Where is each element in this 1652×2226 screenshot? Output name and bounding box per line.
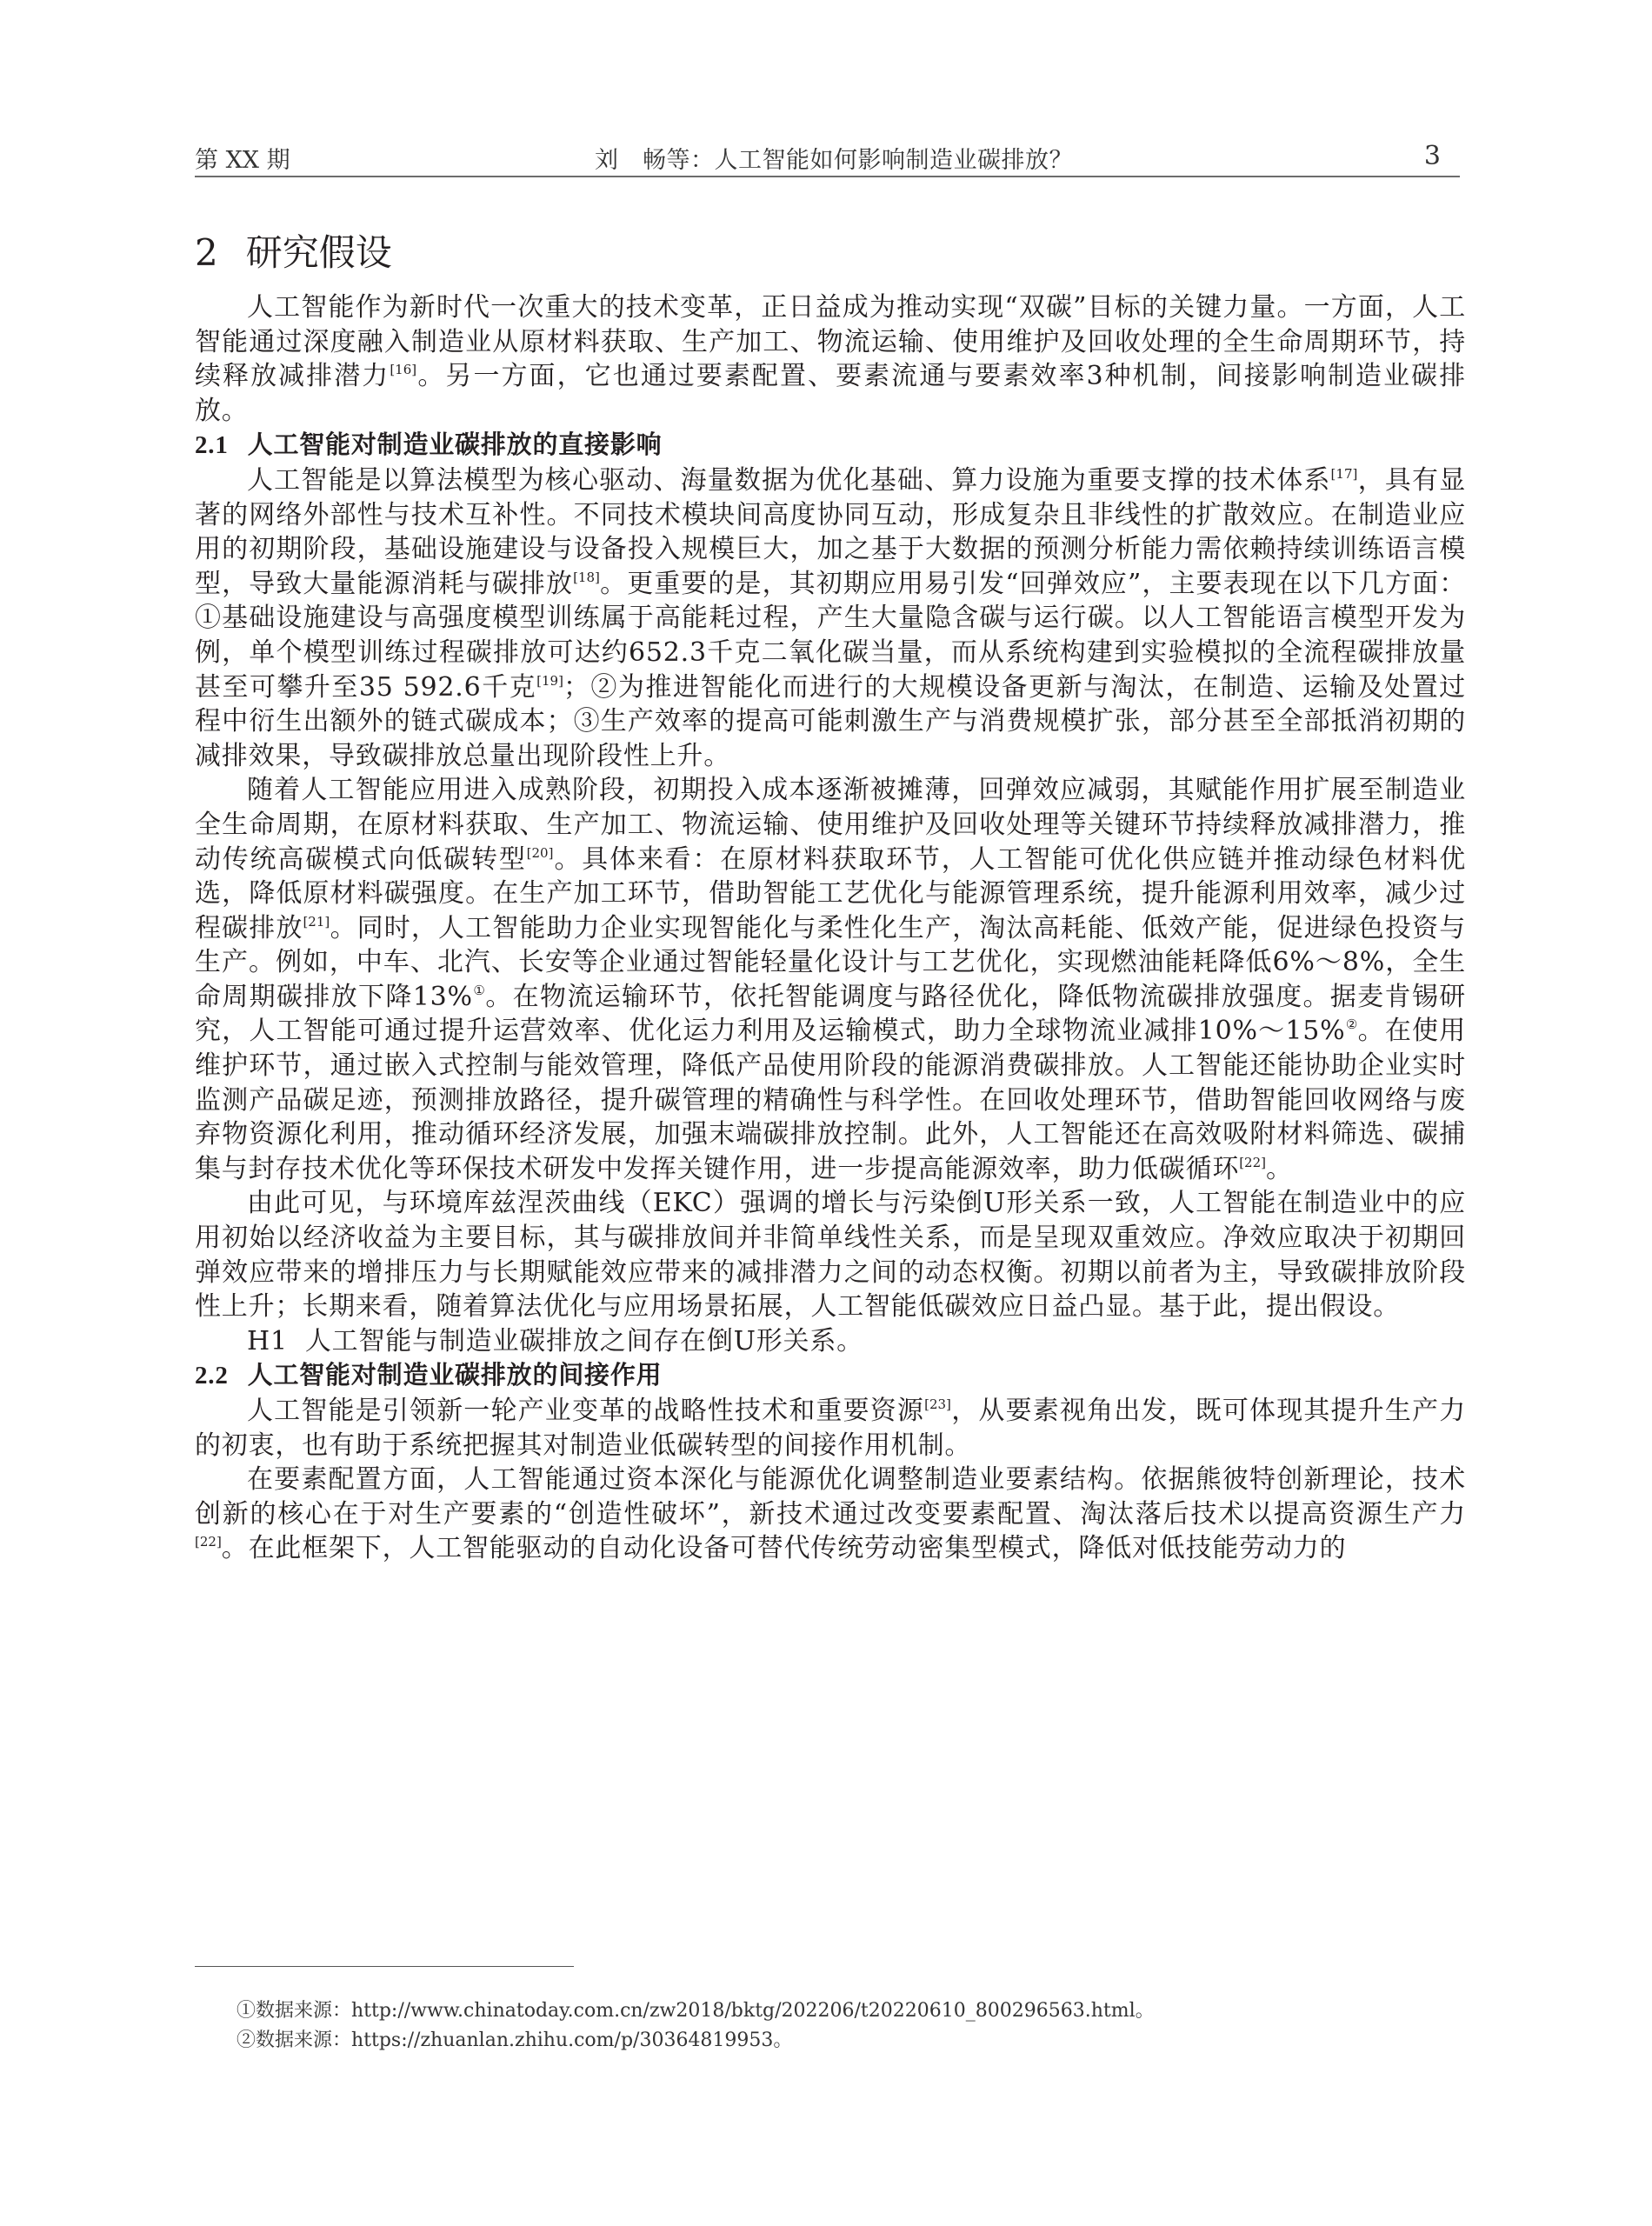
- paragraph-direct-effect-3: 由此可见，与环境库兹涅茨曲线（EKC）强调的增长与污染倒U形关系一致，人工智能在…: [195, 1186, 1466, 1323]
- citation-ref[interactable]: [22]: [195, 1534, 222, 1550]
- paragraph-direct-effect-2: 随着人工智能应用进入成熟阶段，初期投入成本逐渐被摊薄，回弹效应减弱，其赋能作用扩…: [195, 773, 1466, 1186]
- text-run: 人工智能是引领新一轮产业变革的战略性技术和重要资源: [247, 1396, 924, 1426]
- subsection-heading-2-1: 2.1人工智能对制造业碳排放的直接影响: [195, 428, 1466, 463]
- section-heading: 2研究假设: [195, 224, 392, 277]
- footnote-marker[interactable]: ①: [473, 983, 486, 998]
- paragraph-indirect-effect-1: 人工智能是引领新一轮产业变革的战略性技术和重要资源[23]，从要素视角出发，既可…: [195, 1394, 1466, 1463]
- footnote-2[interactable]: ②数据来源：https://zhuanlan.zhihu.com/p/30364…: [236, 2026, 1155, 2056]
- subsection-number: 2.1: [195, 431, 229, 459]
- citation-ref[interactable]: [22]: [1239, 1155, 1266, 1170]
- page-number: 3: [1424, 141, 1441, 171]
- hypothesis-h1: H1人工智能与制造业碳排放之间存在倒U形关系。: [195, 1324, 1466, 1359]
- citation-ref[interactable]: [19]: [536, 673, 563, 689]
- hypothesis-text: 人工智能与制造业碳排放之间存在倒U形关系。: [305, 1326, 863, 1356]
- citation-ref[interactable]: [23]: [924, 1396, 951, 1412]
- text-run: 。: [1266, 1154, 1293, 1184]
- citation-ref[interactable]: [21]: [303, 914, 330, 930]
- footnote-marker[interactable]: ②: [1345, 1016, 1357, 1032]
- article-body: 人工智能作为新时代一次重大的技术变革，正日益成为推动实现“双碳”目标的关键力量。…: [195, 290, 1466, 1566]
- paragraph-direct-effect-1: 人工智能是以算法模型为核心驱动、海量数据为优化基础、算力设施为重要支撑的技术体系…: [195, 463, 1466, 773]
- text-run: 在要素配置方面，人工智能通过资本深化与能源优化调整制造业要素结构。依据熊彼特创新…: [195, 1464, 1466, 1530]
- subsection-title: 人工智能对制造业碳排放的直接影响: [248, 430, 663, 459]
- section-title: 研究假设: [246, 231, 392, 274]
- footnotes: ①数据来源：http://www.chinatoday.com.cn/zw201…: [236, 1996, 1155, 2056]
- citation-ref[interactable]: [20]: [527, 845, 554, 861]
- running-header: 第 XX 期 刘 畅等：人工智能如何影响制造业碳排放？ 3: [195, 137, 1460, 177]
- citation-ref[interactable]: [18]: [573, 570, 600, 585]
- subsection-number: 2.2: [195, 1362, 229, 1390]
- citation-ref[interactable]: [16]: [390, 362, 416, 377]
- subsection-heading-2-2: 2.2人工智能对制造业碳排放的间接作用: [195, 1358, 1466, 1394]
- paragraph-indirect-effect-2: 在要素配置方面，人工智能通过资本深化与能源优化调整制造业要素结构。依据熊彼特创新…: [195, 1463, 1466, 1566]
- text-run: 人工智能是以算法模型为核心驱动、海量数据为优化基础、算力设施为重要支撑的技术体系: [247, 465, 1331, 496]
- running-title: 刘 畅等：人工智能如何影响制造业碳排放？: [595, 141, 1073, 175]
- intro-paragraph: 人工智能作为新时代一次重大的技术变革，正日益成为推动实现“双碳”目标的关键力量。…: [195, 290, 1466, 428]
- text-run: 。在此框架下，人工智能驱动的自动化设备可替代传统劳动密集型模式，降低对低技能劳动…: [222, 1533, 1347, 1563]
- footnote-divider: [195, 1966, 574, 1967]
- hypothesis-label: H1: [247, 1326, 288, 1356]
- section-number: 2: [195, 231, 218, 274]
- footnote-1[interactable]: ①数据来源：http://www.chinatoday.com.cn/zw201…: [236, 1996, 1155, 2026]
- citation-ref[interactable]: [17]: [1331, 466, 1358, 482]
- issue-label: 第 XX 期: [195, 141, 290, 175]
- subsection-title: 人工智能对制造业碳排放的间接作用: [248, 1360, 663, 1390]
